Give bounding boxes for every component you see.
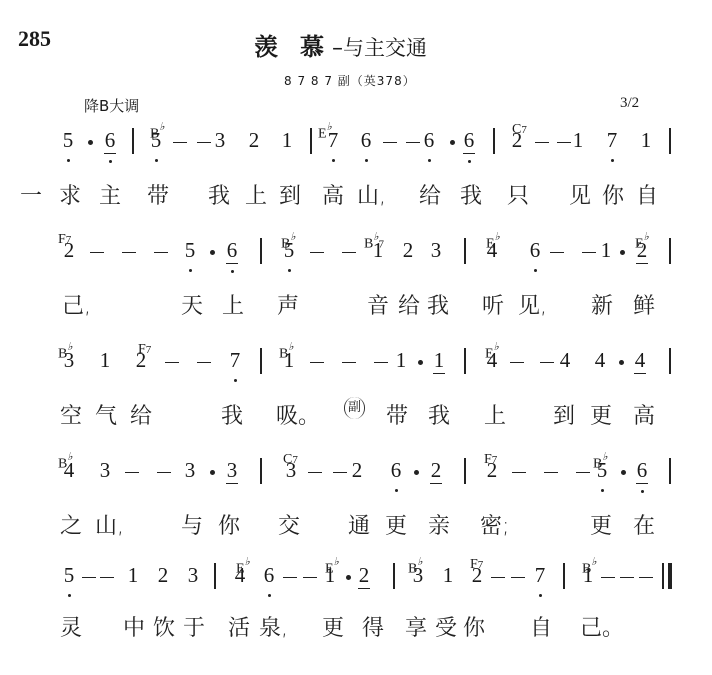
augmentation-dot <box>621 470 626 475</box>
note: 1 <box>440 563 456 588</box>
note: 3 <box>97 458 113 483</box>
note: 3 <box>428 238 444 263</box>
note: 5 <box>60 128 76 153</box>
lyric-syllable: 鲜 <box>633 289 655 320</box>
title-dash: – <box>332 36 343 61</box>
hymn-title: 羡慕–与主交通 <box>254 27 427 62</box>
lyric-syllable: 灵 <box>60 611 82 642</box>
augmentation-dot <box>450 140 455 145</box>
note: 3 <box>283 458 299 483</box>
duration-dash <box>512 472 526 473</box>
note: 5 <box>182 238 198 263</box>
lyric-syllable: 你 <box>463 611 485 642</box>
lyric-syllable: 得 <box>362 611 384 642</box>
lyric-syllable: 与 <box>181 509 203 540</box>
note: 4 <box>484 348 500 373</box>
bar-line <box>669 458 671 484</box>
bar-line <box>669 238 671 264</box>
lyric-syllable: 活 <box>228 611 250 642</box>
lyric-syllable: 给 <box>398 289 420 320</box>
augmentation-dot <box>414 470 419 475</box>
duration-dash <box>310 252 324 253</box>
duration-dash <box>165 362 179 363</box>
bar-line <box>563 563 565 589</box>
note: 1 <box>97 348 113 373</box>
duration-dash <box>100 577 114 578</box>
bar-line <box>669 128 671 154</box>
duration-dash <box>601 577 615 578</box>
lyric-syllable: 亲 <box>428 509 450 540</box>
note: 6 <box>261 563 277 588</box>
title-subtitle: 与主交通 <box>343 36 427 60</box>
duration-dash <box>557 142 571 143</box>
note: 3 <box>182 458 198 483</box>
lyric-syllable: 上 <box>245 179 267 210</box>
duration-dash <box>283 577 297 578</box>
lyric-syllable: 带 <box>386 399 408 430</box>
duration-dash <box>157 472 171 473</box>
note: 6 <box>461 128 477 153</box>
hymn-number: 285 <box>18 26 51 52</box>
bar-line <box>260 348 262 374</box>
bar-line <box>464 238 466 264</box>
note: 1 <box>125 563 141 588</box>
note: 2 <box>349 458 365 483</box>
augmentation-dot <box>418 360 423 365</box>
note: 1 <box>322 563 338 588</box>
note: 3 <box>61 348 77 373</box>
lyric-syllable: 我 <box>428 399 450 430</box>
duration-dash <box>90 252 104 253</box>
lyric-syllable: 我 <box>460 179 482 210</box>
duration-dash <box>511 577 525 578</box>
refrain-marker: 副 <box>344 397 365 419</box>
lyric-syllable: 通 <box>348 509 370 540</box>
lyric-syllable: 气 <box>95 399 117 430</box>
bar-line <box>132 128 134 154</box>
duration-dash <box>576 472 590 473</box>
duration-dash <box>374 362 388 363</box>
note: 5 <box>148 128 164 153</box>
key-signature: 降B大调 <box>84 95 139 116</box>
bar-line <box>310 128 312 154</box>
bar-line-thin <box>662 563 664 589</box>
note: 1 <box>570 128 586 153</box>
note: 2 <box>509 128 525 153</box>
note: 4 <box>484 238 500 263</box>
lyric-syllable: 更 <box>590 509 612 540</box>
note: 5 <box>61 563 77 588</box>
note: 4 <box>61 458 77 483</box>
note: 2 <box>133 348 149 373</box>
duration-dash <box>197 142 211 143</box>
duration-dash <box>639 577 653 578</box>
lyric-syllable: 己。 <box>580 611 624 642</box>
note: 6 <box>358 128 374 153</box>
note: 1 <box>580 563 596 588</box>
augmentation-dot <box>88 140 93 145</box>
lyric-syllable: 吸。 <box>276 399 320 430</box>
lyric-syllable: 中 <box>123 611 145 642</box>
augmentation-dot <box>619 360 624 365</box>
lyric-syllable: 高 <box>322 179 344 210</box>
note: 2 <box>634 238 650 263</box>
duration-dash <box>535 142 549 143</box>
lyric-syllable: 主 <box>99 179 121 210</box>
lyric-syllable: 饮 <box>153 611 175 642</box>
note: 7 <box>227 348 243 373</box>
note: 2 <box>484 458 500 483</box>
duration-dash <box>550 252 564 253</box>
lyric-syllable: 空 <box>60 399 82 430</box>
lyric-syllable: 密; <box>480 509 509 540</box>
note: 3 <box>185 563 201 588</box>
lyric-syllable: 更 <box>322 611 344 642</box>
lyric-syllable: 高 <box>633 399 655 430</box>
bar-line <box>493 128 495 154</box>
note: 5 <box>594 458 610 483</box>
duration-dash <box>491 577 505 578</box>
title-char-1: 羡 <box>254 33 278 61</box>
note: 2 <box>428 458 444 483</box>
meter-info: 8 7 8 7 副（英378） <box>284 72 416 89</box>
bar-line <box>214 563 216 589</box>
note: 5 <box>281 238 297 263</box>
duration-dash <box>122 252 136 253</box>
lyric-syllable: 在 <box>633 509 655 540</box>
note: 2 <box>400 238 416 263</box>
duration-dash <box>197 362 211 363</box>
duration-dash <box>620 577 634 578</box>
title-char-2: 慕 <box>300 33 324 61</box>
lyric-syllable: 到 <box>279 179 301 210</box>
note: 1 <box>638 128 654 153</box>
note: 6 <box>527 238 543 263</box>
duration-dash <box>544 472 558 473</box>
lyric-syllable: 享 <box>405 611 427 642</box>
lyric-syllable: 更 <box>590 399 612 430</box>
duration-dash <box>383 142 397 143</box>
lyric-syllable: 天 <box>181 289 203 320</box>
bar-line <box>260 458 262 484</box>
lyric-syllable: 更 <box>385 509 407 540</box>
duration-dash <box>510 362 524 363</box>
lyric-syllable: 一 <box>20 179 42 210</box>
lyric-syllable: 自 <box>636 179 658 210</box>
note: 6 <box>634 458 650 483</box>
note: 2 <box>246 128 262 153</box>
augmentation-dot <box>620 250 625 255</box>
lyric-syllable: 于 <box>183 611 205 642</box>
lyric-syllable: 山, <box>357 179 386 210</box>
lyric-syllable: 给 <box>419 179 441 210</box>
lyric-syllable: 听 <box>482 289 504 320</box>
duration-dash <box>125 472 139 473</box>
bar-line <box>464 458 466 484</box>
lyric-syllable: 上 <box>484 399 506 430</box>
bar-line <box>669 348 671 374</box>
lyric-syllable: 到 <box>553 399 575 430</box>
lyric-syllable: 声 <box>277 289 299 320</box>
note: 1 <box>279 128 295 153</box>
lyric-syllable: 音 <box>367 289 389 320</box>
note: 2 <box>61 238 77 263</box>
lyric-syllable: 新 <box>591 289 613 320</box>
note: 3 <box>410 563 426 588</box>
lyric-syllable: 见, <box>518 289 547 320</box>
lyric-syllable: 带 <box>147 179 169 210</box>
note: 3 <box>212 128 228 153</box>
bar-line-thick <box>668 563 672 589</box>
note: 7 <box>604 128 620 153</box>
note: 6 <box>421 128 437 153</box>
duration-dash <box>342 252 356 253</box>
note: 4 <box>232 563 248 588</box>
note: 1 <box>598 238 614 263</box>
augmentation-dot <box>346 575 351 580</box>
time-signature: 3/2 <box>620 95 639 112</box>
note: 1 <box>431 348 447 373</box>
duration-dash <box>406 142 420 143</box>
note: 1 <box>370 238 386 263</box>
augmentation-dot <box>210 470 215 475</box>
bar-line <box>464 348 466 374</box>
note: 4 <box>632 348 648 373</box>
note: 6 <box>102 128 118 153</box>
note: 1 <box>281 348 297 373</box>
duration-dash <box>173 142 187 143</box>
lyric-syllable: 我 <box>208 179 230 210</box>
note: 3 <box>224 458 240 483</box>
note: 4 <box>592 348 608 373</box>
lyric-syllable: 山, <box>95 509 124 540</box>
note: 6 <box>388 458 404 483</box>
lyric-syllable: 求 <box>59 179 81 210</box>
bar-line <box>393 563 395 589</box>
lyric-syllable: 你 <box>218 509 240 540</box>
lyric-syllable: 见 <box>569 179 591 210</box>
bar-line <box>260 238 262 264</box>
note: 6 <box>224 238 240 263</box>
duration-dash <box>82 577 96 578</box>
lyric-syllable: 泉, <box>259 611 288 642</box>
lyric-syllable: 自 <box>530 611 552 642</box>
duration-dash <box>540 362 554 363</box>
note: 4 <box>557 348 573 373</box>
note: 7 <box>532 563 548 588</box>
lyric-syllable: 给 <box>130 399 152 430</box>
lyric-syllable: 只 <box>507 179 529 210</box>
lyric-syllable: 之 <box>60 509 82 540</box>
lyric-syllable: 受 <box>435 611 457 642</box>
duration-dash <box>342 362 356 363</box>
lyric-syllable: 我 <box>427 289 449 320</box>
note: 2 <box>155 563 171 588</box>
note: 2 <box>469 563 485 588</box>
note: 1 <box>393 348 409 373</box>
duration-dash <box>308 472 322 473</box>
lyric-syllable: 己, <box>62 289 91 320</box>
duration-dash <box>154 252 168 253</box>
duration-dash <box>333 472 347 473</box>
lyric-syllable: 你 <box>602 179 624 210</box>
augmentation-dot <box>210 250 215 255</box>
duration-dash <box>303 577 317 578</box>
lyric-syllable: 交 <box>278 509 300 540</box>
duration-dash <box>310 362 324 363</box>
lyric-syllable: 我 <box>221 399 243 430</box>
duration-dash <box>582 252 596 253</box>
note: 7 <box>325 128 341 153</box>
note: 2 <box>356 563 372 588</box>
lyric-syllable: 上 <box>222 289 244 320</box>
